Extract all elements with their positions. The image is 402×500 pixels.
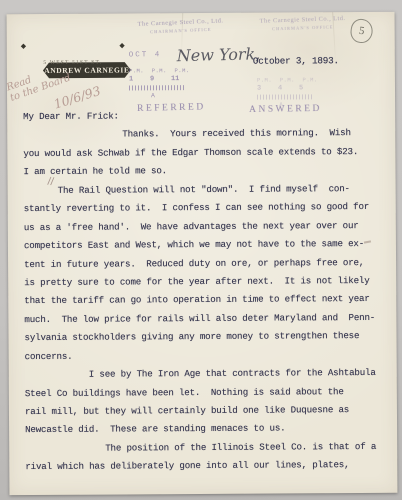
company-stamp-office: CHAIRMAN'S OFFICE <box>253 24 353 32</box>
letter-line-p2-10: concerns. <box>25 349 387 370</box>
letter-line-p2-7: that the tariff can go into operation in… <box>24 293 386 314</box>
tick-ruler-icon <box>257 94 313 99</box>
company-stamp-left: The Carnegie Steel Co., Ltd. CHAIRMAN'S … <box>124 17 236 36</box>
letter-line-p1-1: Thanks. Yours received this morning. Wis… <box>23 127 385 148</box>
letter-body: My Dear Mr. Frick: Thanks. Yours receive… <box>23 109 387 480</box>
letter-line-p2-3: us as a 'free hand'. We have advantages … <box>24 220 386 241</box>
letter-line-p3-2: Steel Co buildings have been let. Nothin… <box>25 385 387 406</box>
stamp-letter-a: A <box>151 92 207 99</box>
letter-line-p3-1: I see by The Iron Age that contracts for… <box>25 367 387 388</box>
tick-ruler-icon <box>129 85 185 90</box>
letter-line-p2-9: sylvania stockholders giving any more mo… <box>24 330 386 351</box>
letter-line-p2-4: competitors East and West, which we may … <box>24 238 386 259</box>
letter-line-p2-5: tent in future years. Reduced duty on or… <box>24 256 386 277</box>
company-stamp-right: The Carnegie Steel Co., Ltd. CHAIRMAN'S … <box>252 15 352 32</box>
meridiem-row: P.M. P.M. P.M. <box>257 76 335 83</box>
received-stamp-left: OCT 4 P.M. P.M. P.M. 1 9 11 A <box>129 51 207 99</box>
letter-line-p4-1: The position of the Illinois Steel Co. i… <box>25 441 387 462</box>
salutation: My Dear Mr. Frick: <box>23 109 385 130</box>
received-date: OCT 4 <box>129 51 207 59</box>
page-number: 5 <box>358 25 365 38</box>
letter-paper: ANDREW CARNEGIE 5 WEST 51ST ST. The Carn… <box>7 12 398 495</box>
letter-line-p3-3: rail mill, but they will certainly build… <box>25 404 387 425</box>
letter-line-p1-2: you would ask Schwab if the Edgar Thomso… <box>23 146 385 167</box>
meridiem-row: P.M. P.M. P.M. <box>129 67 207 74</box>
letterhead-banner: ANDREW CARNEGIE <box>21 36 125 58</box>
received-stamp-right: P.M. P.M. P.M. 3 4 5 A <box>257 68 335 108</box>
letterhead-address: 5 WEST 51ST ST. <box>21 59 125 66</box>
letter-line-p4-2: rival which has deliberately gone into a… <box>25 459 387 480</box>
letter-line-p2-1: The Rail Question will not "down". I fin… <box>24 183 386 204</box>
letter-line-p2-6: is pretty sure to come for the year afte… <box>24 275 386 296</box>
typed-date: October 3, 1893. <box>253 55 339 67</box>
page-number-circle: 5 <box>349 18 374 45</box>
letter-line-p2-8: much. The low price for rails will also … <box>24 312 386 333</box>
hours-row: 1 9 11 <box>129 75 207 83</box>
letter-line-p2-2: stantly reverting to it. I confess I can… <box>24 201 386 222</box>
letter-line-p1-3: I am certain he told me so. <box>23 164 385 185</box>
letter-line-p3-4: Newcastle did. These are standing menace… <box>25 422 387 443</box>
hours-row: 3 4 5 <box>257 84 335 92</box>
